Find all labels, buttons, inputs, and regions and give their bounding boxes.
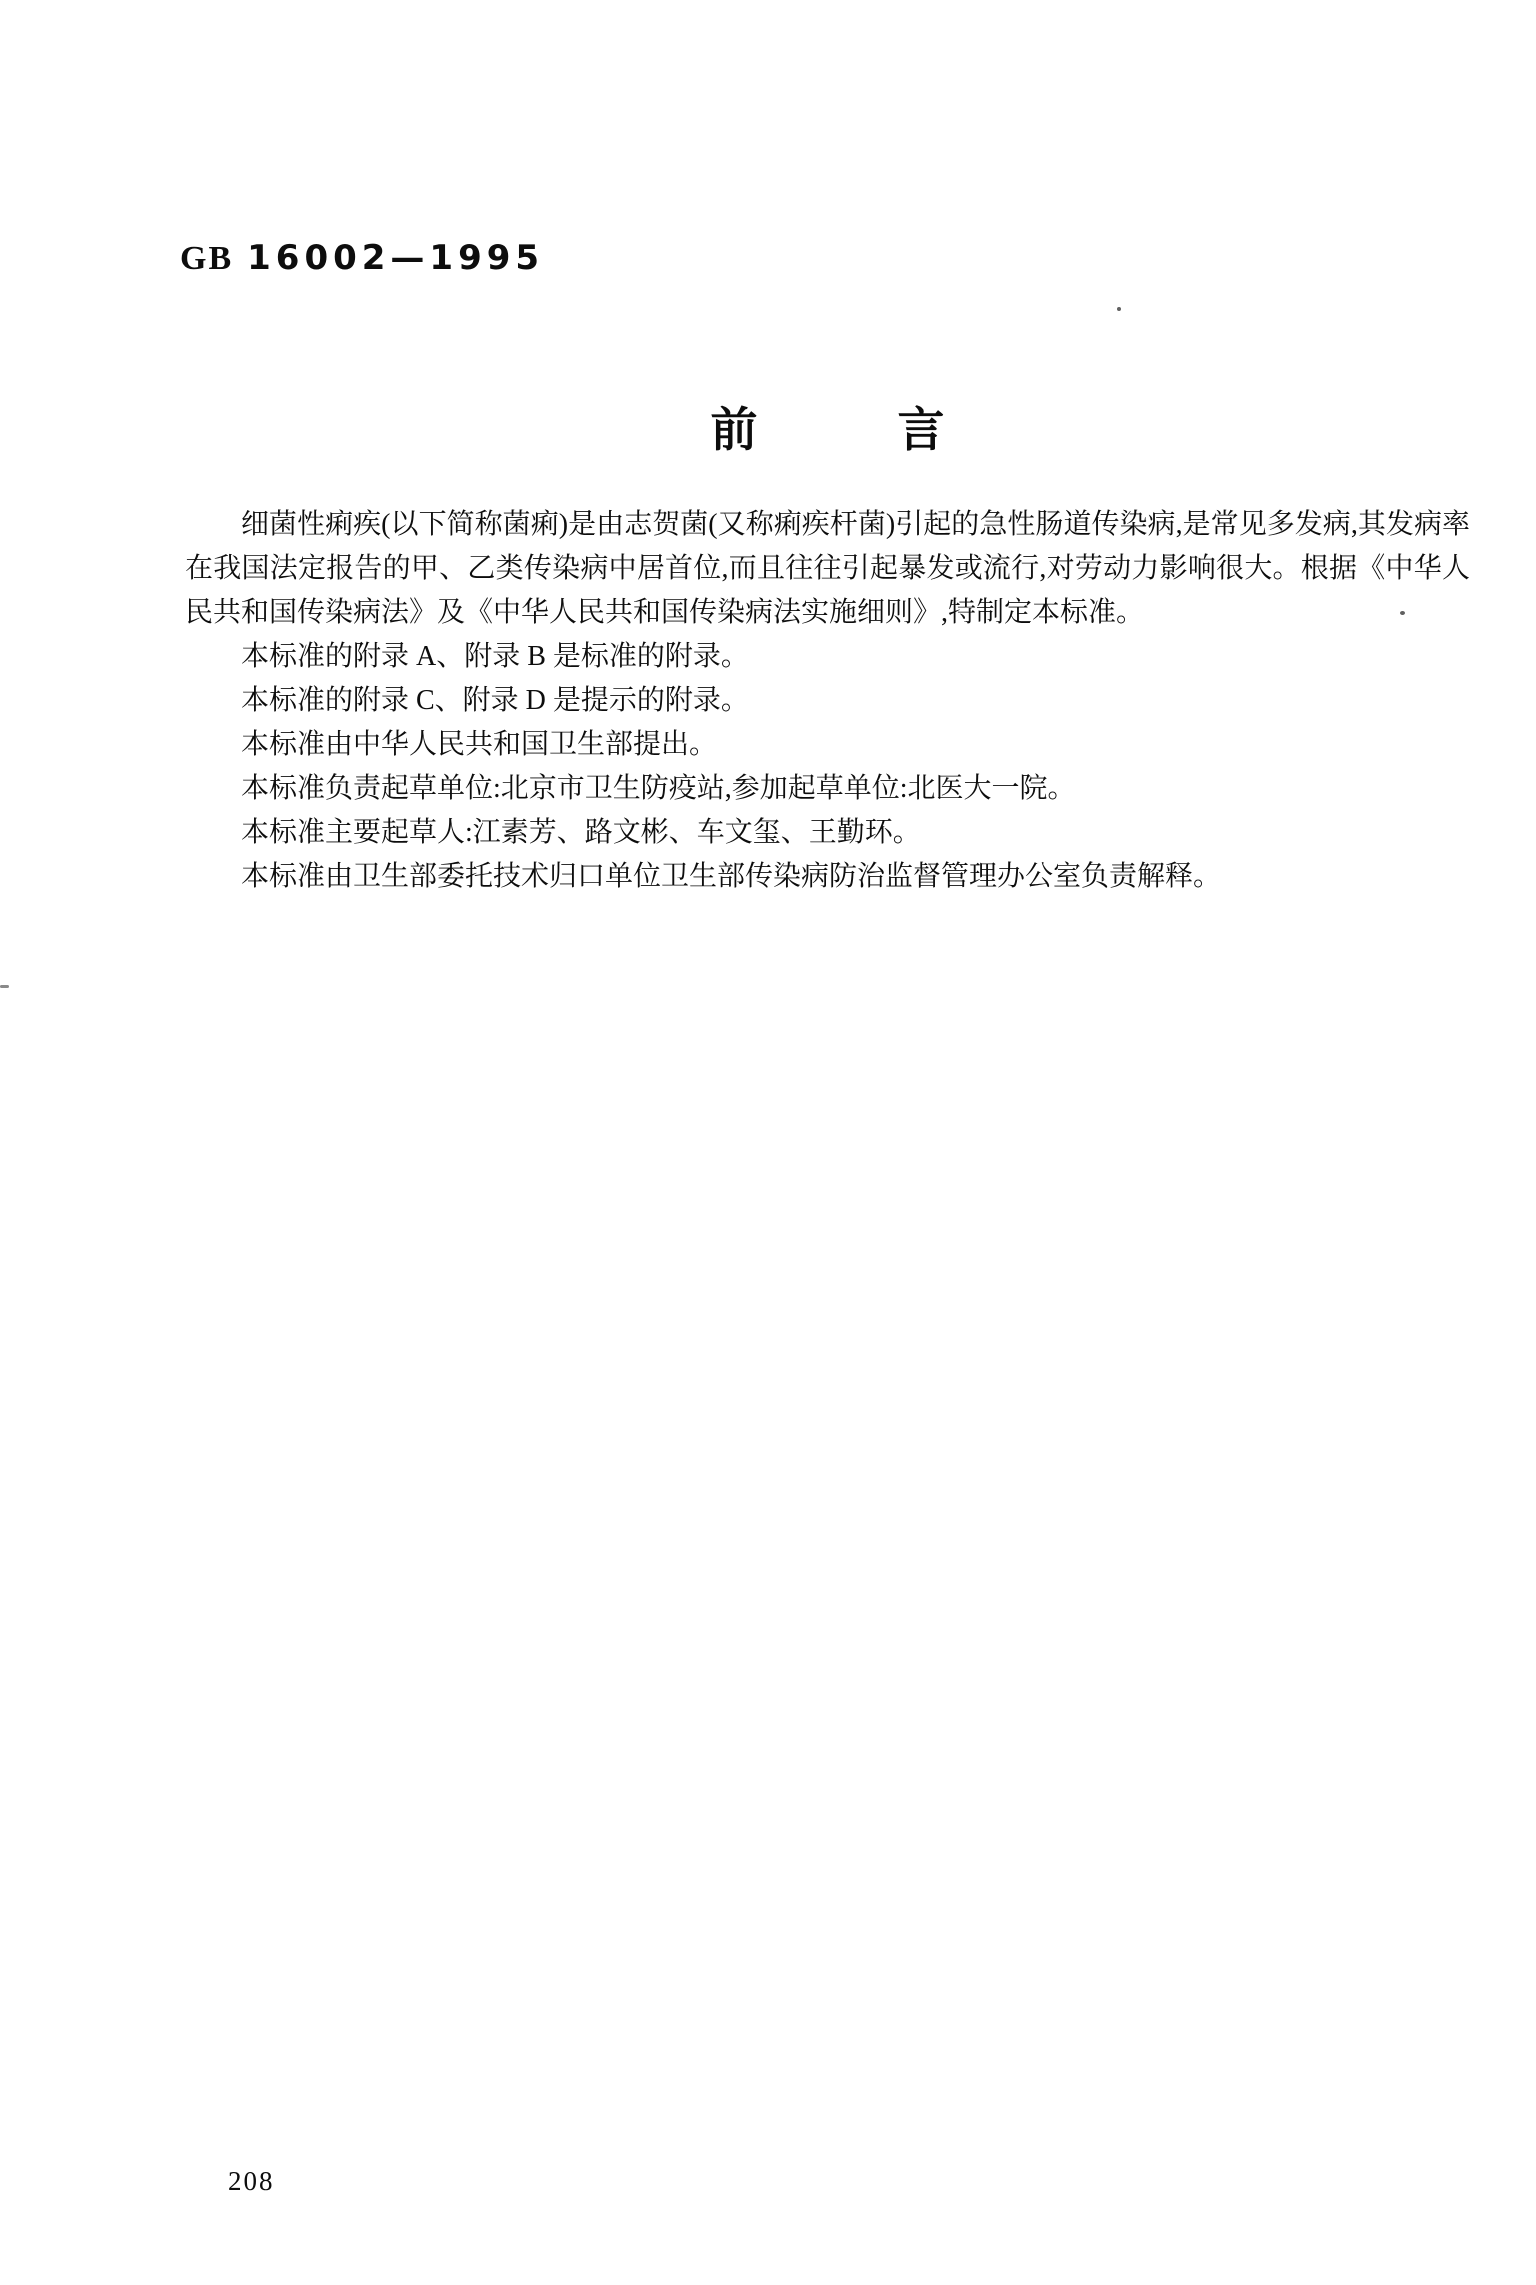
scan-speck [1117,307,1121,311]
standard-number-prefix: GB [180,240,233,277]
foreword-line: 本标准的附录 A、附录 B 是标准的附录。 [185,635,1470,679]
foreword-line: 本标准的附录 C、附录 D 是提示的附录。 [185,679,1470,723]
foreword-line: 本标准主要起草人:江素芳、路文彬、车文玺、王勤环。 [185,811,1470,855]
standard-number-digits: 16002—1995 [247,238,544,278]
scan-edge-mark [0,985,9,988]
page-title-char-1: 前 [711,403,758,459]
page-title: 前 言 [185,403,1470,459]
scan-speck [1400,611,1405,615]
standard-number: GB16002—1995 [180,238,544,278]
page-number: 208 [228,2166,275,2197]
foreword-line: 本标准由中华人民共和国卫生部提出。 [185,723,1470,767]
page-title-char-2: 言 [898,403,945,459]
foreword-paragraph: 细菌性痢疾(以下简称菌痢)是由志贺菌(又称痢疾杆菌)引起的急性肠道传染病,是常见… [185,503,1470,635]
foreword-body: 细菌性痢疾(以下简称菌痢)是由志贺菌(又称痢疾杆菌)引起的急性肠道传染病,是常见… [185,503,1470,899]
foreword-line: 本标准负责起草单位:北京市卫生防疫站,参加起草单位:北医大一院。 [185,767,1470,811]
foreword-line: 本标准由卫生部委托技术归口单位卫生部传染病防治监督管理办公室负责解释。 [185,855,1470,899]
